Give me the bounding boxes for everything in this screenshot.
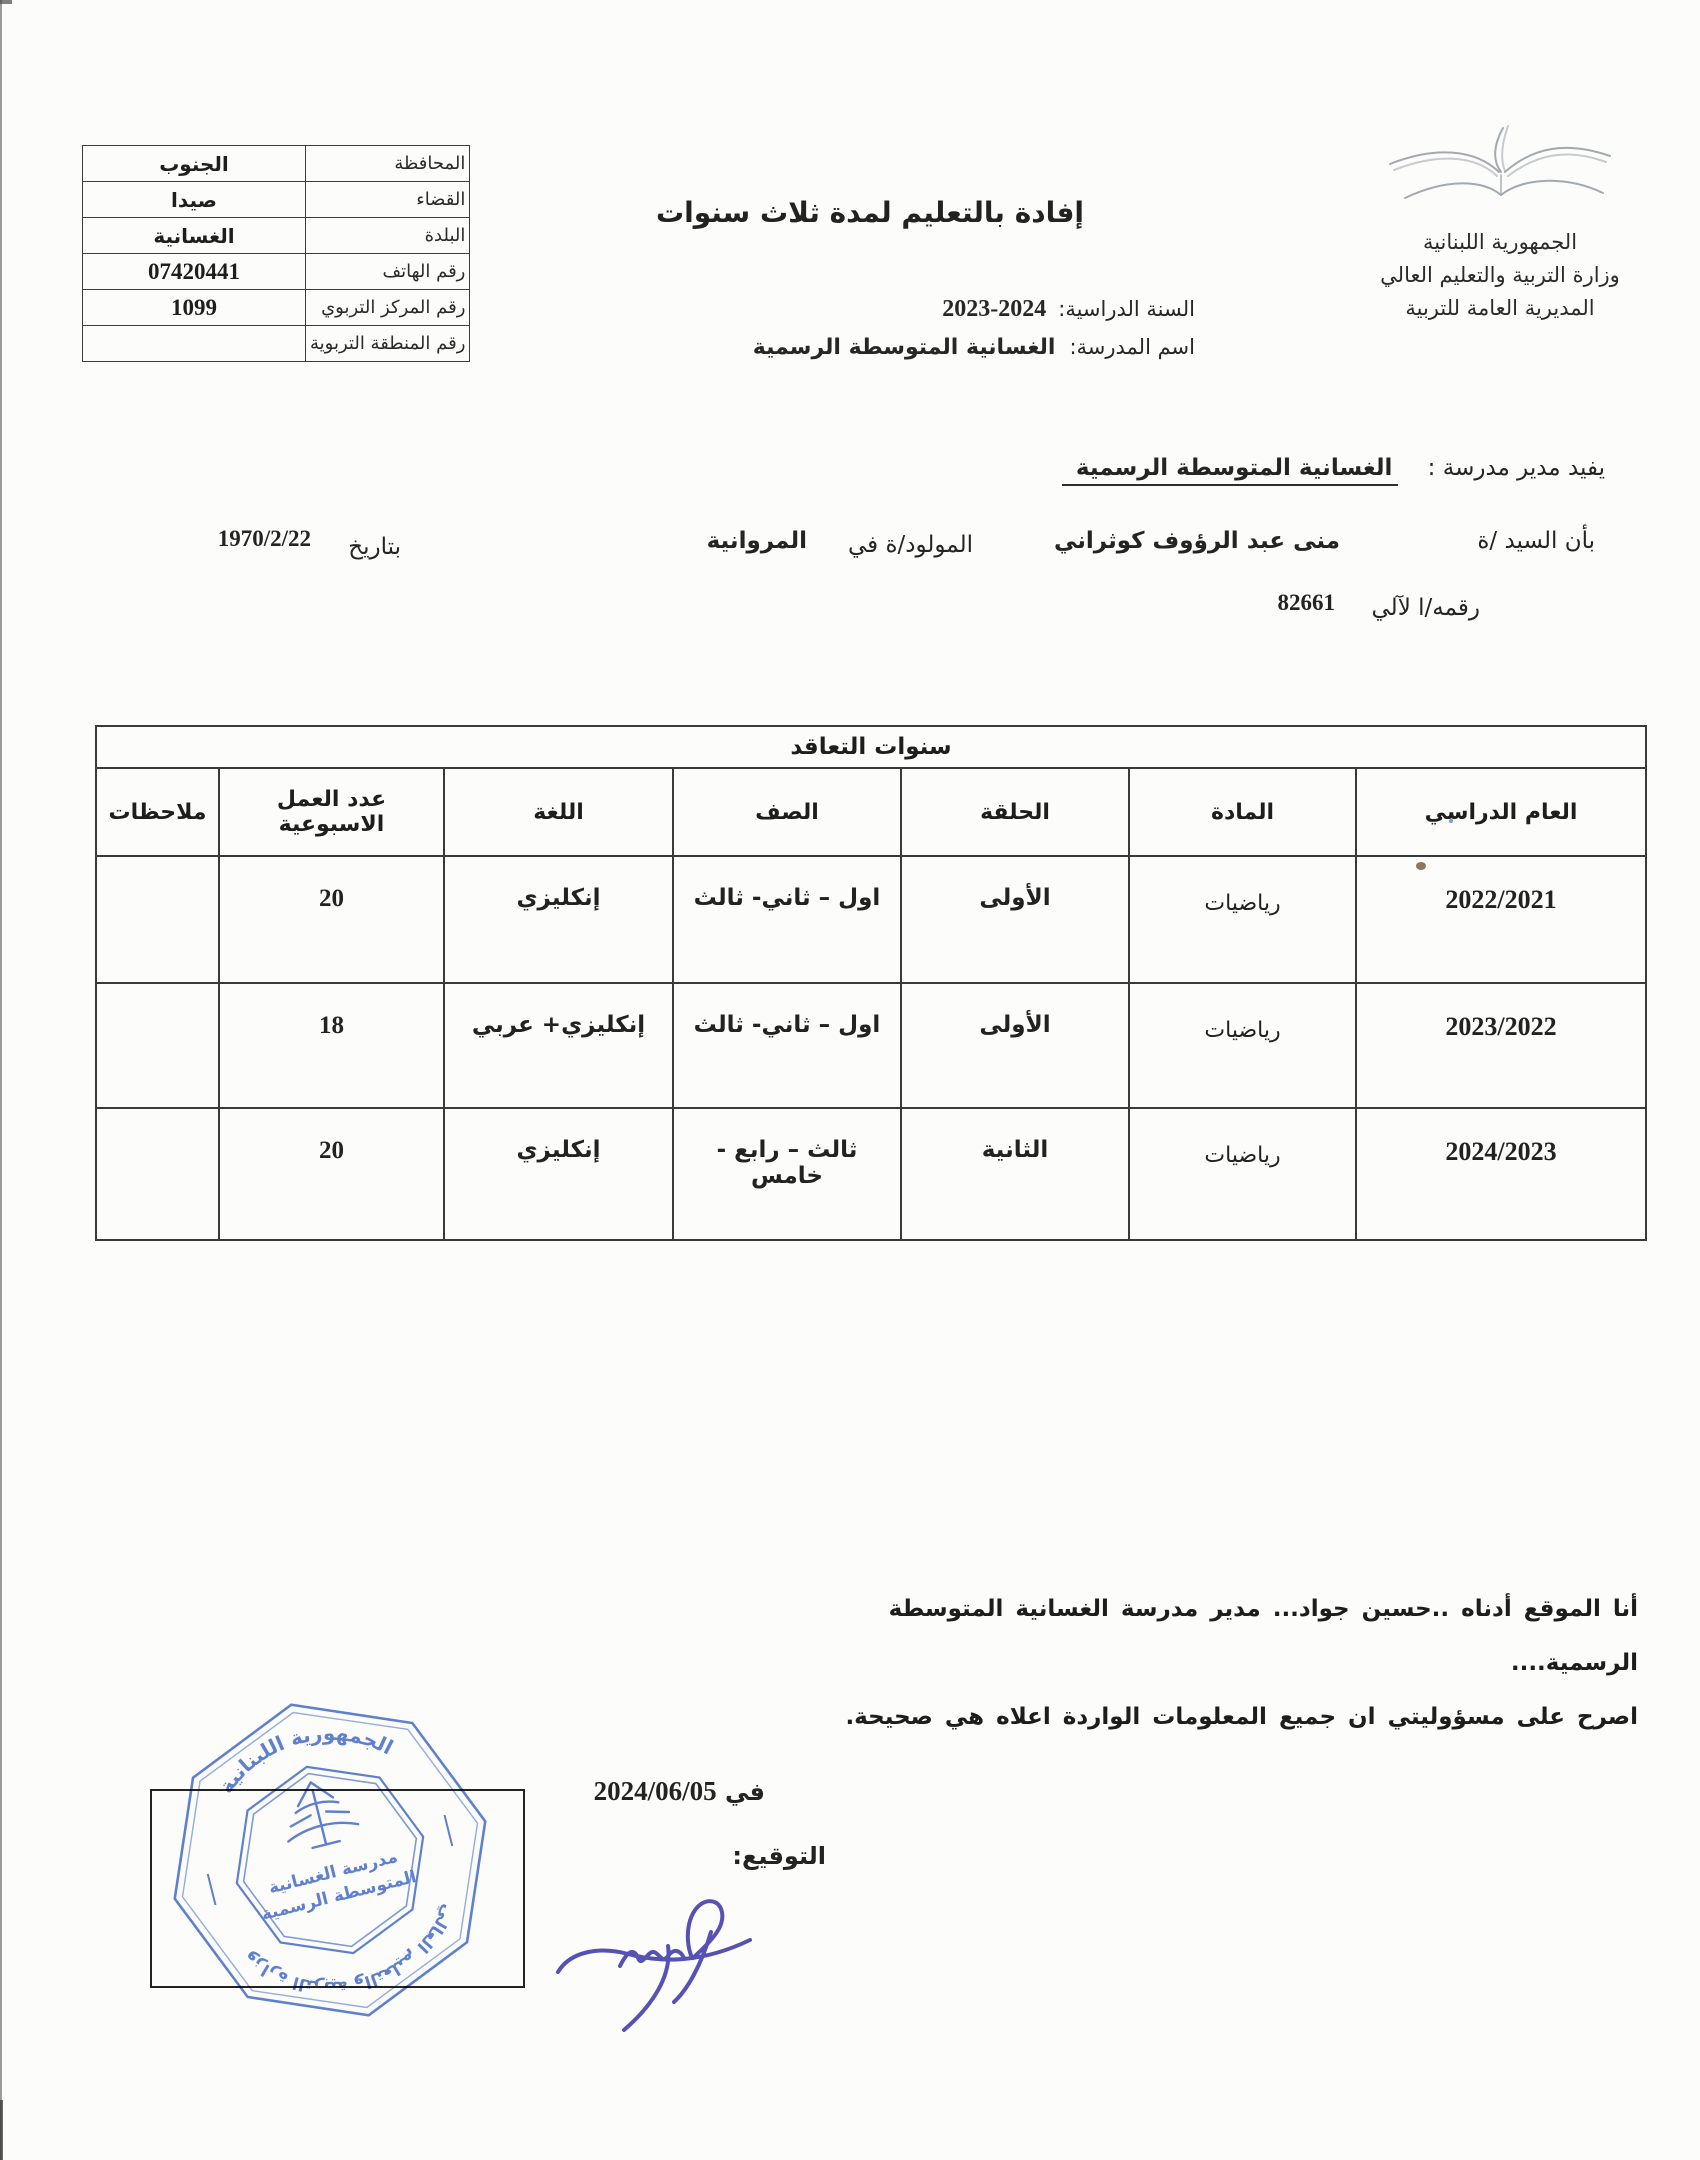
table-row: رقم الهاتف 07420441 <box>83 254 470 290</box>
cell-notes <box>96 1108 219 1240</box>
school-name-value: الغسانية المتوسطة الرسمية <box>753 335 1056 360</box>
cell-cycle: الأولى <box>901 856 1129 983</box>
col-language: اللغة <box>444 768 673 856</box>
town-label: البلدة <box>306 218 470 254</box>
table-row: 2023/2022 رياضيات الأولى اول – ثاني- ثال… <box>96 983 1646 1108</box>
table-row: رقم المنطقة التربوية <box>83 326 470 362</box>
col-school-year: العام الدراسي <box>1356 768 1646 856</box>
zone-number-label: رقم المنطقة التربوية <box>306 326 470 362</box>
table-row: 2024/2023 رياضيات الثانية ثالث – رابع - … <box>96 1108 1646 1240</box>
ministry-line: وزارة التربية والتعليم العالي <box>1340 259 1660 292</box>
birthdate-value: 1970/2/22 <box>218 526 311 552</box>
cell-hours: 20 <box>219 856 444 983</box>
school-name-label: اسم المدرسة: <box>1069 335 1195 359</box>
issue-date-line: في 2024/06/05 <box>594 1776 765 1807</box>
col-weekly-hours: عدد العمل الاسبوعية <box>219 768 444 856</box>
ministry-logo-icon <box>1375 120 1625 220</box>
signature-scribble <box>550 1888 765 2038</box>
table-title-row: سنوات التعاقد <box>96 726 1646 768</box>
town-value: الغسانية <box>83 218 306 254</box>
table-row: رقم المركز التربوي 1099 <box>83 290 470 326</box>
born-label: المولود/ة في <box>848 532 973 558</box>
cell-language: إنكليزي+ عربي <box>444 983 673 1108</box>
person-label: بأن السيد /ة <box>1477 528 1595 554</box>
col-notes: ملاحظات <box>96 768 219 856</box>
page-title: إفادة بالتعليم لمدة ثلاث سنوات <box>520 196 1220 229</box>
declaration-line2: اصرح على مسؤوليتي ان جميع المعلومات الوا… <box>818 1690 1638 1744</box>
district-label: القضاء <box>306 182 470 218</box>
birthplace-value: المروانية <box>707 528 807 554</box>
certify-label: يفيد مدير مدرسة : <box>1428 455 1605 481</box>
scan-edge-line <box>0 0 2 2160</box>
governorate-value: الجنوب <box>83 146 306 182</box>
center-number-value: 1099 <box>83 290 306 326</box>
phone-label: رقم الهاتف <box>306 254 470 290</box>
col-grade: الصف <box>673 768 901 856</box>
table-row: 2022/2021 رياضيات الأولى اول – ثاني- ثال… <box>96 856 1646 983</box>
issue-date-value: 2024/06/05 <box>594 1776 717 1806</box>
school-name-line: اسم المدرسة:الغسانية المتوسطة الرسمية <box>753 328 1195 367</box>
id-number-value: 82661 <box>1278 590 1336 616</box>
id-number-label: رقمه/ا لآلي <box>1372 595 1480 621</box>
cell-language: إنكليزي <box>444 856 673 983</box>
table-row: البلدة الغسانية <box>83 218 470 254</box>
school-year-value: 2024-2023 <box>942 296 1046 322</box>
declaration-block: أنا الموقع أدناه ..حسين جواد... مدير مدر… <box>818 1582 1638 1744</box>
government-header: الجمهورية اللبنانية وزارة التربية والتعل… <box>1340 120 1660 325</box>
col-subject: المادة <box>1129 768 1356 856</box>
subheader-block: السنة الدراسية:2024-2023 اسم المدرسة:الغ… <box>753 290 1195 367</box>
cell-hours: 20 <box>219 1108 444 1240</box>
cell-subject: رياضيات <box>1129 1108 1356 1240</box>
certify-line: يفيد مدير مدرسة : الغسانية المتوسطة الرس… <box>1062 455 1605 481</box>
certify-school-name: الغسانية المتوسطة الرسمية <box>1062 455 1398 486</box>
cell-hours: 18 <box>219 983 444 1108</box>
cell-year: 2024/2023 <box>1356 1108 1646 1240</box>
cell-year: 2022/2021 <box>1356 856 1646 983</box>
cell-notes <box>96 983 219 1108</box>
contract-years-table: سنوات التعاقد العام الدراسي المادة الحلق… <box>95 725 1647 1241</box>
republic-line: الجمهورية اللبنانية <box>1340 226 1660 259</box>
table-header-row: العام الدراسي المادة الحلقة الصف اللغة ع… <box>96 768 1646 856</box>
cell-cycle: الأولى <box>901 983 1129 1108</box>
cell-grades: اول – ثاني- ثالث <box>673 856 901 983</box>
birthdate-label: بتاريخ <box>348 534 401 560</box>
scan-corner-mark <box>0 0 12 4</box>
phone-value: 07420441 <box>83 254 306 290</box>
zone-number-value <box>83 326 306 362</box>
col-cycle: الحلقة <box>901 768 1129 856</box>
cell-language: إنكليزي <box>444 1108 673 1240</box>
admin-info-table: المحافظة الجنوب القضاء صيدا البلدة الغسا… <box>82 145 470 362</box>
declaration-line1: أنا الموقع أدناه ..حسين جواد... مدير مدر… <box>818 1582 1638 1690</box>
cell-subject: رياضيات <box>1129 856 1356 983</box>
cell-grades: اول – ثاني- ثالث <box>673 983 901 1108</box>
person-name: منى عبد الرؤوف كوثراني <box>1054 528 1340 554</box>
cell-notes <box>96 856 219 983</box>
cell-cycle: الثانية <box>901 1108 1129 1240</box>
governorate-label: المحافظة <box>306 146 470 182</box>
issue-date-label: في <box>725 1778 765 1806</box>
directorate-line: المديرية العامة للتربية <box>1340 292 1660 325</box>
scanned-certificate-page: المحافظة الجنوب القضاء صيدا البلدة الغسا… <box>0 0 1700 2160</box>
cell-grades: ثالث – رابع - خامس <box>673 1108 901 1240</box>
center-number-label: رقم المركز التربوي <box>306 290 470 326</box>
signature-label: التوقيع: <box>732 1842 826 1870</box>
district-value: صيدا <box>83 182 306 218</box>
table-row: القضاء صيدا <box>83 182 470 218</box>
school-year-label: السنة الدراسية: <box>1058 297 1195 321</box>
contract-table-title: سنوات التعاقد <box>96 726 1646 768</box>
school-year-line: السنة الدراسية:2024-2023 <box>753 290 1195 328</box>
school-stamp-icon: مدرسة الغسانية المتوسطة الرسمية الجمهوري… <box>162 1692 498 2028</box>
cell-subject: رياضيات <box>1129 983 1356 1108</box>
cell-year: 2023/2022 <box>1356 983 1646 1108</box>
table-row: المحافظة الجنوب <box>83 146 470 182</box>
scan-edge-bottom-mark <box>0 2100 3 2160</box>
